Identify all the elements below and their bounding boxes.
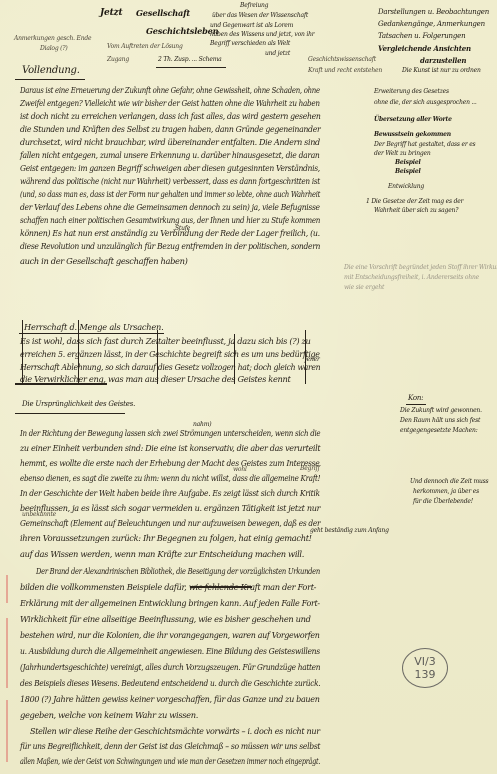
section3-heading-underline [15, 413, 125, 414]
header-upper-right-note-4: Begriff verschieden als Welt [210, 40, 290, 47]
section4-line: 1800 (?) Jahre hätten gewiss keiner vorg… [20, 694, 320, 704]
margin3-line: Und dennoch die Zeit muss [410, 478, 488, 485]
red-margin-line [6, 575, 8, 603]
section3-line: In der Geschichte der Welt haben beide i… [20, 488, 320, 498]
section3-line: In der Richtung der Bewegung lassen sich… [20, 428, 320, 438]
section1-line: während das politische (nicht nur Wahrhe… [20, 176, 320, 186]
faint-note-line: wie sie ergeht [344, 284, 384, 291]
section1-line: die Stunden und Kräften des Selbst zu tr… [20, 124, 320, 134]
margin1-line: Übersetzung aller Worte [374, 116, 452, 123]
margin2-line: Die Zukunft wird gewonnen. [400, 407, 482, 414]
section1-line: diese Revolution und unzulänglich für Be… [20, 241, 320, 251]
margin1-line: Entwicklung [388, 183, 424, 190]
section4-line: bestehen wird, nur die Kolonien, die ihr… [20, 630, 320, 640]
header-right-list-2: Tatsachen u. Folgerungen [378, 32, 465, 40]
header-word-jetzt: Jetzt [100, 8, 122, 18]
section3-line: ihren Voraussetzungen zurück: Ihr Begegn… [20, 533, 312, 543]
header-underline [156, 67, 226, 68]
section4-line: gegeben, welche von keinem Wahr zu wisse… [20, 710, 198, 720]
stamp-line-2: 139 [415, 668, 436, 681]
section1-line: ist doch nicht zu erreichen verlangen, d… [20, 111, 321, 121]
section1-line: können) Es hat nun erst anständig zu Ver… [20, 228, 320, 238]
header-upper-right-note-3: haben des Wissens und jetzt, von ihr [210, 31, 314, 38]
margin1-line: Bewusstsein gekommen [374, 131, 451, 138]
margin1-line: Der Begriff hat gestaltet, dass er es [374, 141, 475, 148]
faint-note-line: mit Entscheidungsfreiheit, i. Anderersei… [344, 274, 479, 281]
section3-line: zu einer Einheit verbunden sind: Die ein… [20, 443, 320, 453]
section1-line: Zweifel entgegen? Vielleicht wie wir bis… [20, 98, 320, 108]
section4-line: für uns Begreiflichkeit, denn der Geist … [20, 741, 320, 751]
red-margin-line [6, 700, 8, 762]
section3-insert-5: geht beständig zum Anfang [310, 527, 389, 534]
section1-line: Geist entgegen: im ganzen Begriff schwei… [20, 163, 320, 173]
margin1-line: Beispiel [395, 159, 421, 166]
section4-line: des Beispiels dieses Wesens. Bedeutend e… [20, 678, 320, 688]
section2-line: Herrschaft Ablehnung, so sich darauf die… [20, 362, 320, 372]
header-left-note-1: Anmerkungen gesch. Ende [14, 35, 91, 42]
section1-line: fallen nicht entgegen, zumal unsere Erke… [20, 150, 320, 160]
section3-insert-2: wohl [233, 466, 247, 473]
header-word-gesellschaft: Gesellschaft [136, 8, 190, 18]
section1-heading: Vollendung. [22, 65, 80, 76]
section2-box-bottom [15, 383, 107, 385]
header-mid-note-1: Geschichtswissenschaft [308, 56, 376, 63]
header-upper-right-note-2: und Gegenwart ist als Lorem [210, 22, 293, 29]
margin2-heading: Kon: [408, 394, 423, 402]
section3-line: beeinflussen, ja es lässt sich sogar ver… [20, 503, 320, 513]
section3-insert: nahm) [193, 421, 211, 428]
header-right-small: Die Kunst ist nur zu ordnen [402, 67, 481, 74]
section4-line: Der Brand der Alexandrinischen Bibliothe… [36, 566, 320, 576]
archive-stamp: VI/3 139 [402, 648, 448, 688]
header-word-geschichtsleben: Geschichtsleben [146, 26, 218, 36]
section4-line: u. Ausbildung durch die Allgemeinheit an… [20, 646, 320, 656]
header-upper-right-note-1: über das Wesen der Wissenschaft [212, 12, 308, 19]
section3-line: hemmt, es wollte die erste nach der Erhe… [20, 458, 319, 468]
faint-note-line: Die eine Vorschrift begründet jeden Stof… [344, 264, 497, 271]
section4-line: (Jahrhundertsgeschichte) vereinigt, alle… [20, 662, 320, 672]
header-under-note-2: Zugang [107, 56, 129, 63]
margin1-line: Beispiel [395, 168, 421, 175]
margin1-line: 1 Die Gesetze der Zeit mag es der [366, 198, 463, 205]
header-underlined-note: 2 Th. Zusp. ... Schema [158, 56, 222, 63]
margin2-heading-underline [406, 404, 426, 405]
margin3-line: für die Überlebende! [413, 498, 473, 505]
margin1-line: ohne die, der sich ausgesprochen ... [374, 99, 477, 106]
section3-insert-4: unbekannte [22, 511, 56, 518]
section3-insert-3: Begriff [300, 465, 320, 472]
section4-line: bilden die vollkommensten Beispiele dafü… [20, 582, 316, 592]
section1-heading-underline [15, 79, 85, 80]
section2-line: Es ist wohl, dass sich fast durch Zeital… [20, 336, 311, 346]
section4-line: allen Maßen, wie der Geist von Schwingun… [20, 756, 320, 766]
header-mid-note-2: Kraft und recht entstehen [308, 67, 382, 74]
section3-line: ebenso dienen, es sagt die zweite zu ihm… [20, 473, 320, 483]
section1-line: der Verlauf des Lebens ohne die Gemeinsa… [20, 202, 320, 212]
section3-line: auf das Wissen werden, wenn man Kräfte z… [20, 549, 304, 559]
manuscript-page: Anmerkungen gesch. Ende Dialog (?) Jetzt… [0, 0, 497, 774]
section2-heading: Herrschaft d. Menge als Ursachen. [24, 322, 164, 332]
section1-line: Daraus ist eine Erneuerung der Zukunft o… [20, 85, 320, 95]
header-right-list-4: darzustellen [420, 56, 466, 65]
section1-line: (und, so dass man es, dass ist der Form … [20, 189, 320, 199]
red-margin-line [6, 618, 8, 688]
header-upper-right-note-5: und jetzt [265, 50, 290, 57]
stamp-line-1: VI/3 [414, 655, 435, 668]
section3-heading: Die Ursprünglichkeit des Geistes. [22, 400, 135, 408]
section1-line: auch in der Gesellschaft geschaffen habe… [20, 256, 187, 266]
header-right-list-3: Vergleichende Ansichten [378, 44, 471, 53]
header-left-note-2: Dialog (?) [40, 45, 68, 52]
margin2-line: entgegengesetzte Machen: [400, 427, 478, 434]
margin3-line: herkommen, ja über es [413, 488, 479, 495]
section2-box-top [19, 333, 164, 334]
section4-line: Erklärung mit der allgemeinen Entwicklun… [20, 598, 320, 608]
header-under-note-1: Vom Auftreten der Lösung [107, 43, 183, 50]
header-right-list-0: Darstellungen u. Beobachtungen [378, 8, 489, 16]
margin1-line: der Welt zu bringen [374, 150, 431, 157]
section1-line: schaffen nach einer politischen Gesamtwi… [20, 215, 320, 225]
margin2-line: Den Raum hält uns sich fest [400, 417, 480, 424]
section4-strike [190, 586, 252, 588]
section1-line: durchsetzt, wird nicht brauchbar, wird ü… [20, 137, 320, 147]
header-upper-right-note-0: Befreiung [240, 2, 268, 9]
header-right-list-1: Gedankengänge, Anmerkungen [378, 20, 485, 28]
section2-line: erreichen 5. ergänzen lässt, in der Gesc… [20, 349, 320, 359]
section4-line: Stellen wir diese Reihe der Geschichtsmä… [30, 726, 320, 736]
margin1-line: Wahrheit über sich zu sagen? [374, 207, 458, 214]
section3-line: Gemeinschaft (Element auf Beleuchtungen … [20, 518, 320, 528]
margin1-line: Erweiterung des Gesetzes [374, 88, 449, 95]
section4-line: Wirklichkeit für eine allseitige Beeinfl… [20, 614, 311, 624]
